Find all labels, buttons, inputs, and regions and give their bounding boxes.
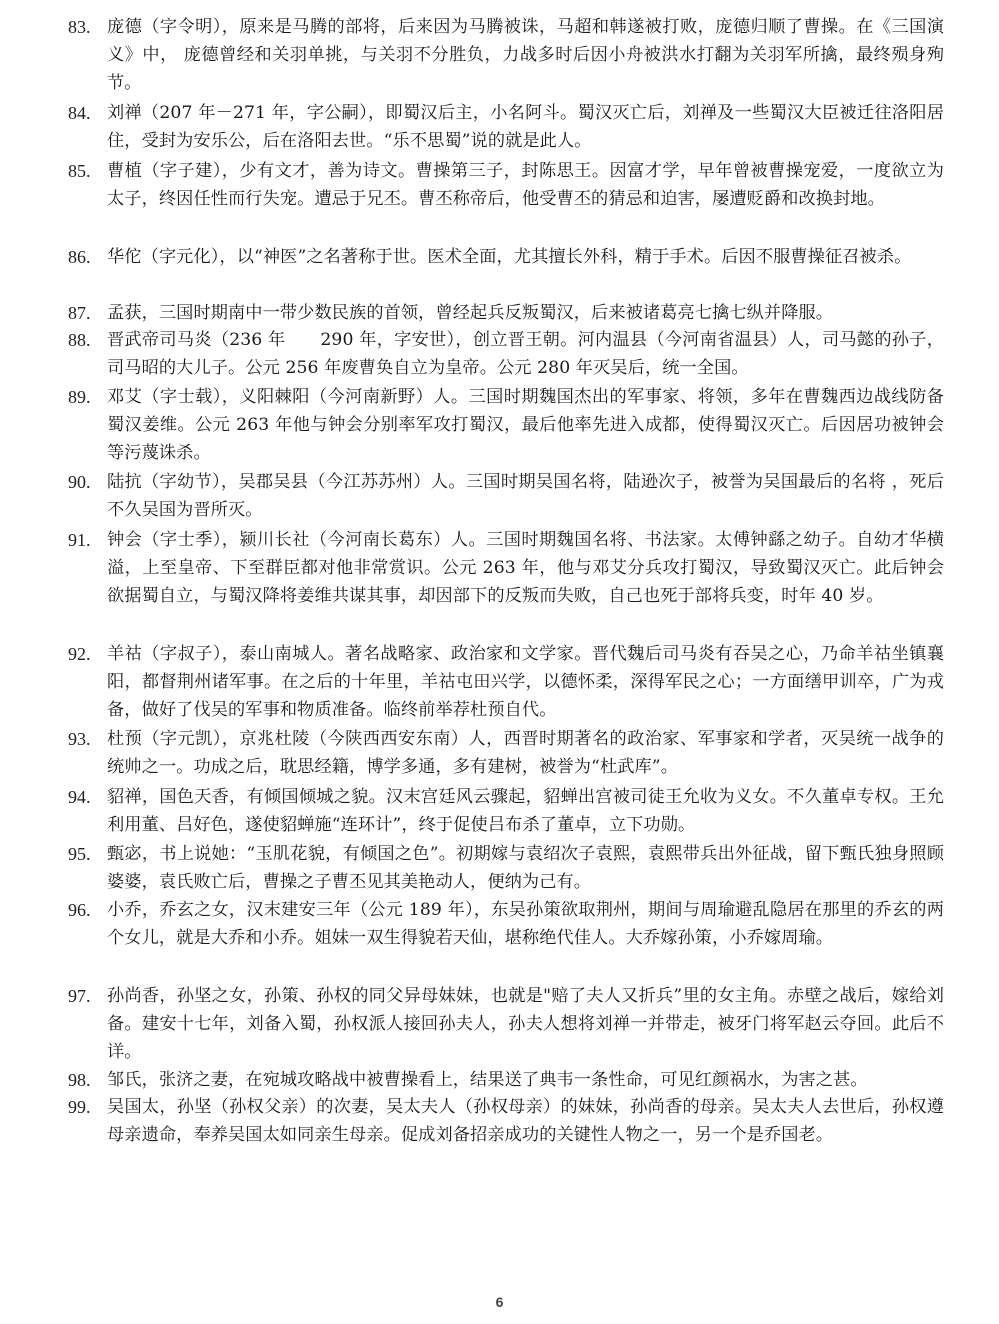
list-item-91: 91. 钟会（字士季），颍川长社（今河南长葛东）人。三国时期魏国名将、书法家。太… — [68, 526, 944, 610]
item-number: 90. — [68, 468, 107, 524]
item-text: 华佗（字元化），以“神医”之名著称于世。医术全面，尤其擅长外科，精于手术。后因不… — [107, 243, 944, 271]
item-number: 95. — [68, 840, 107, 896]
item-number: 88. — [68, 326, 107, 382]
item-number: 89. — [68, 383, 107, 467]
item-number: 84. — [68, 99, 107, 155]
item-text: 孟获，三国时期南中一带少数民族的首领，曾经起兵反叛蜀汉，后来被诸葛亮七擒七纵并降… — [107, 299, 944, 327]
list-item-95: 95. 甄宓，书上说她：“玉肌花貌，有倾国之色”。初期嫁与袁绍次子袁熙，袁熙带兵… — [68, 840, 944, 896]
list-item-86: 86. 华佗（字元化），以“神医”之名著称于世。医术全面，尤其擅长外科，精于手术… — [68, 243, 944, 271]
item-number: 98. — [68, 1066, 107, 1094]
list-item-85: 85. 曹植（字子建），少有文才，善为诗文。曹操第三子，封陈思王。因富才学，早年… — [68, 157, 944, 213]
item-text: 曹植（字子建），少有文才，善为诗文。曹操第三子，封陈思王。因富才学，早年曾被曹操… — [107, 157, 944, 213]
item-text: 甄宓，书上说她：“玉肌花貌，有倾国之色”。初期嫁与袁绍次子袁熙，袁熙带兵出外征战… — [107, 840, 944, 896]
list-item-99: 99. 吴国太，孙坚（孙权父亲）的次妻，吴太夫人（孙权母亲）的妹妹，孙尚香的母亲… — [68, 1093, 944, 1149]
list-item-93: 93. 杜预（字元凯），京兆杜陵（今陕西西安东南）人，西晋时期著名的政治家、军事… — [68, 725, 944, 781]
list-item-88: 88. 晋武帝司马炎（236 年 290 年，字安世），创立晋王朝。河内温县（今… — [68, 326, 944, 382]
item-number: 96. — [68, 896, 107, 952]
page-number: 6 — [0, 1294, 999, 1310]
item-text: 刘禅（207 年－271 年，字公嗣），即蜀汉后主，小名阿斗。蜀汉灭亡后，刘禅及… — [107, 99, 944, 155]
item-text: 吴国太，孙坚（孙权父亲）的次妻，吴太夫人（孙权母亲）的妹妹，孙尚香的母亲。吴太夫… — [107, 1093, 944, 1149]
list-item-90: 90. 陆抗（字幼节），吴郡吴县（今江苏苏州）人。三国时期吴国名将，陆逊次子，被… — [68, 468, 944, 524]
list-item-89: 89. 邓艾（字士载），义阳棘阳（今河南新野）人。三国时期魏国杰出的军事家、将领… — [68, 383, 944, 467]
item-number: 87. — [68, 299, 107, 327]
item-text: 庞德（字令明），原来是马腾的部将，后来因为马腾被诛，马超和韩遂被打败，庞德归顺了… — [107, 13, 944, 97]
item-number: 86. — [68, 243, 107, 271]
list-item-98: 98. 邹氏，张济之妻，在宛城攻略战中被曹操看上，结果送了典韦一条性命，可见红颜… — [68, 1066, 944, 1094]
item-text: 羊祜（字叔子），泰山南城人。著名战略家、政治家和文学家。晋代魏后司马炎有吞吴之心… — [107, 640, 944, 724]
item-number: 99. — [68, 1093, 107, 1149]
item-text: 小乔，乔玄之女，汉末建安三年（公元 189 年），东吴孙策欲取荆州，期间与周瑜避… — [107, 896, 944, 952]
item-number: 83. — [68, 13, 107, 97]
item-number: 85. — [68, 157, 107, 213]
list-item-94: 94. 貂禅，国色天香，有倾国倾城之貌。汉末宫廷风云骤起，貂蝉出宫被司徒王允收为… — [68, 783, 944, 839]
item-text: 陆抗（字幼节），吴郡吴县（今江苏苏州）人。三国时期吴国名将，陆逊次子，被誉为吴国… — [107, 468, 944, 524]
item-text: 钟会（字士季），颍川长社（今河南长葛东）人。三国时期魏国名将、书法家。太傅钟繇之… — [107, 526, 944, 610]
item-number: 97. — [68, 982, 107, 1066]
item-number: 91. — [68, 526, 107, 610]
item-text: 邓艾（字士载），义阳棘阳（今河南新野）人。三国时期魏国杰出的军事家、将领，多年在… — [107, 383, 944, 467]
item-number: 92. — [68, 640, 107, 724]
list-item-83: 83. 庞德（字令明），原来是马腾的部将，后来因为马腾被诛，马超和韩遂被打败，庞… — [68, 13, 944, 97]
item-text: 晋武帝司马炎（236 年 290 年，字安世），创立晋王朝。河内温县（今河南省温… — [107, 326, 944, 382]
item-text: 杜预（字元凯），京兆杜陵（今陕西西安东南）人，西晋时期著名的政治家、军事家和学者… — [107, 725, 944, 781]
item-text: 孙尚香，孙坚之女，孙策、孙权的同父异母妹妹，也就是"赔了夫人又折兵”里的女主角。… — [107, 982, 944, 1066]
item-number: 94. — [68, 783, 107, 839]
item-text: 邹氏，张济之妻，在宛城攻略战中被曹操看上，结果送了典韦一条性命，可见红颜祸水，为… — [107, 1066, 944, 1094]
list-item-96: 96. 小乔，乔玄之女，汉末建安三年（公元 189 年），东吴孙策欲取荆州，期间… — [68, 896, 944, 952]
list-item-84: 84. 刘禅（207 年－271 年，字公嗣），即蜀汉后主，小名阿斗。蜀汉灭亡后… — [68, 99, 944, 155]
list-item-97: 97. 孙尚香，孙坚之女，孙策、孙权的同父异母妹妹，也就是"赔了夫人又折兵”里的… — [68, 982, 944, 1066]
item-text: 貂禅，国色天香，有倾国倾城之貌。汉末宫廷风云骤起，貂蝉出宫被司徒王允收为义女。不… — [107, 783, 944, 839]
item-number: 93. — [68, 725, 107, 781]
document-page: 83. 庞德（字令明），原来是马腾的部将，后来因为马腾被诛，马超和韩遂被打败，庞… — [0, 0, 999, 1324]
list-item-92: 92. 羊祜（字叔子），泰山南城人。著名战略家、政治家和文学家。晋代魏后司马炎有… — [68, 640, 944, 724]
list-item-87: 87. 孟获，三国时期南中一带少数民族的首领，曾经起兵反叛蜀汉，后来被诸葛亮七擒… — [68, 299, 944, 327]
